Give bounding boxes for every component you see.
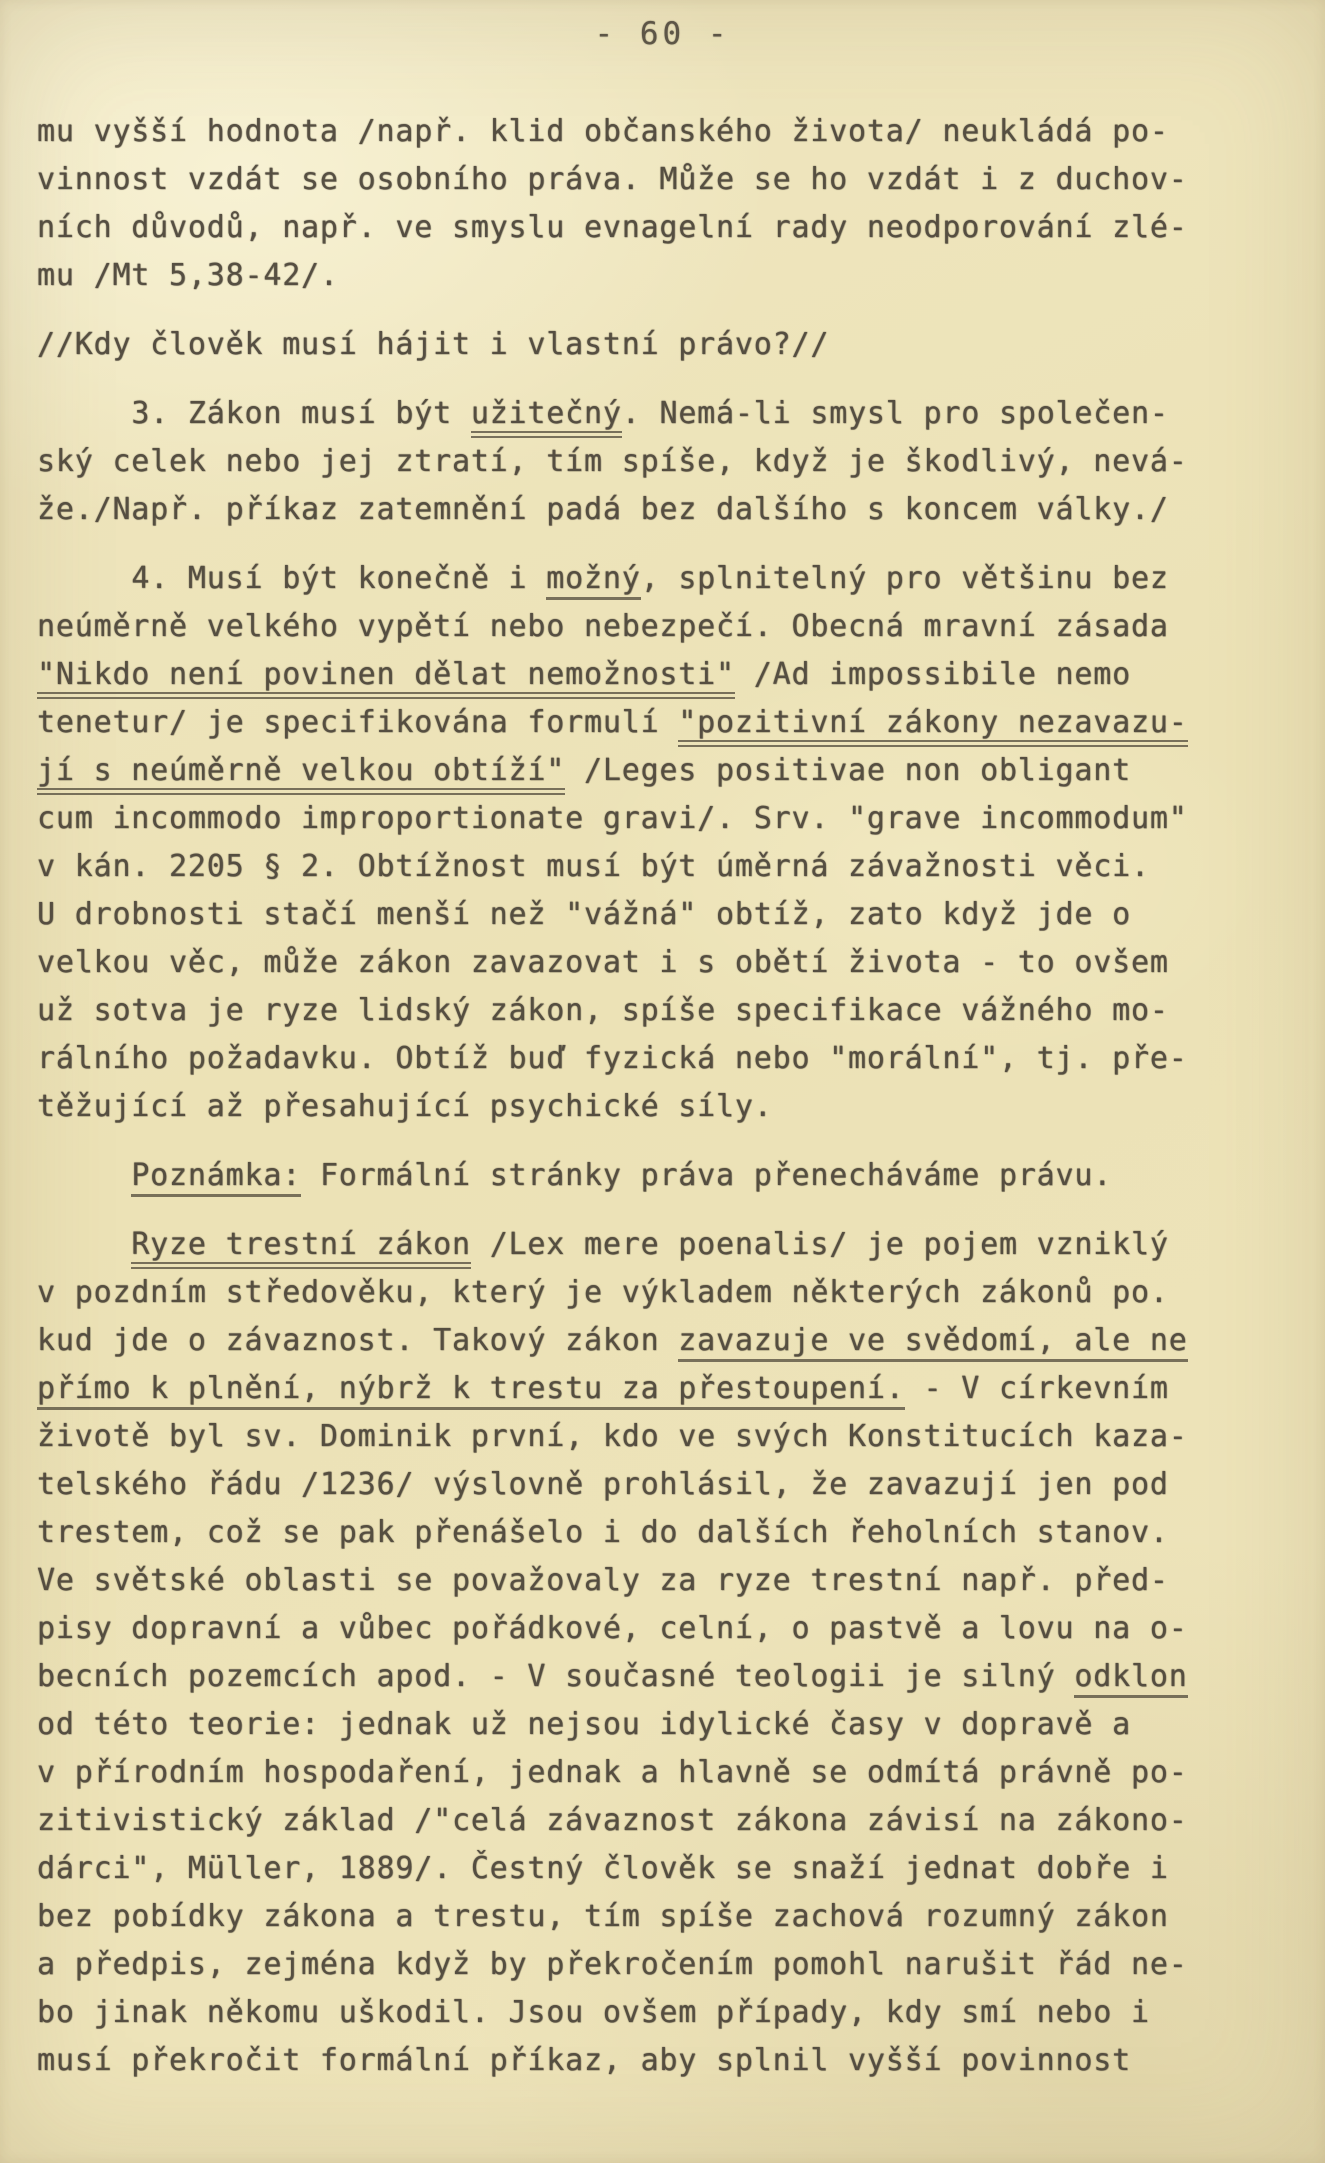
- text-line: životě byl sv. Dominik první, kdo ve svý…: [37, 1413, 1307, 1461]
- text-segment: zitivistický základ /"celá závaznost zák…: [37, 1803, 1188, 1838]
- text-segment: bo jinak někomu uškodil. Jsou ovšem příp…: [37, 1995, 1150, 2030]
- text-segment: /Lex mere poenalis/ je pojem vzniklý: [471, 1227, 1169, 1262]
- text-line: mu /Mt 5,38-42/.: [37, 252, 1307, 300]
- text-segment: ský celek nebo jej ztratí, tím spíše, kd…: [37, 444, 1188, 479]
- text-line: že./Např. příkaz zatemnění padá bez dalš…: [37, 486, 1307, 534]
- text-line: v přírodním hospodaření, jednak a hlavně…: [37, 1749, 1307, 1797]
- text-segment: v pozdním středověku, který je výkladem …: [37, 1275, 1169, 1310]
- text-segment: [37, 1158, 131, 1193]
- text-segment: trestem, což se pak přenášelo i do další…: [37, 1515, 1169, 1550]
- text-segment: tenetur/ je specifikována formulí: [37, 705, 678, 740]
- text-line: becních pozemcích apod. - V současné teo…: [37, 1653, 1307, 1701]
- page-number: - 60 -: [0, 16, 1325, 52]
- text-segment: 4. Musí být konečně i: [37, 561, 546, 596]
- text-segment: . Nemá-li smysl pro společen-: [622, 396, 1169, 431]
- text-line: kud jde o závaznost. Takový zákon zavazu…: [37, 1317, 1307, 1365]
- text-line: od této teorie: jednak už nejsou idylick…: [37, 1701, 1307, 1749]
- text-line: ních důvodů, např. ve smyslu evnagelní r…: [37, 204, 1307, 252]
- underlined-text: užitečný: [471, 396, 622, 438]
- text-line: přímo k plnění, nýbrž k trestu za přesto…: [37, 1365, 1307, 1413]
- underlined-text: Ryze trestní zákon: [131, 1227, 471, 1269]
- underlined-text: "Nikdo není povinen dělat nemožnosti": [37, 657, 735, 699]
- text-segment: v přírodním hospodaření, jednak a hlavně…: [37, 1755, 1188, 1790]
- text-segment: rálního požadavku. Obtíž buď fyzická neb…: [37, 1041, 1188, 1076]
- text-segment: [37, 1227, 131, 1262]
- text-segment: dárci", Müller, 1889/. Čestný člověk se …: [37, 1851, 1169, 1886]
- text-line: pisy dopravní a vůbec pořádkové, celní, …: [37, 1605, 1307, 1653]
- text-line: telského řádu /1236/ výslovně prohlásil,…: [37, 1461, 1307, 1509]
- document-body: mu vyšší hodnota /např. klid občanského …: [37, 108, 1307, 2085]
- underlined-text: zavazuje ve svědomí, ale ne: [678, 1323, 1187, 1362]
- text-line: 3. Zákon musí být užitečný. Nemá-li smys…: [37, 390, 1307, 438]
- text-segment: vinnost vzdát se osobního práva. Může se…: [37, 162, 1188, 197]
- text-segment: mu vyšší hodnota /např. klid občanského …: [37, 114, 1169, 149]
- text-segment: už sotva je ryze lidský zákon, spíše spe…: [37, 993, 1169, 1028]
- underlined-text: Poznámka:: [131, 1158, 301, 1197]
- text-line: zitivistický základ /"celá závaznost zák…: [37, 1797, 1307, 1845]
- text-line: v pozdním středověku, který je výkladem …: [37, 1269, 1307, 1317]
- underlined-text: "pozitivní zákony nezavazu-: [678, 705, 1187, 747]
- text-line: rálního požadavku. Obtíž buď fyzická neb…: [37, 1035, 1307, 1083]
- text-segment: ních důvodů, např. ve smyslu evnagelní r…: [37, 210, 1188, 245]
- text-segment: velkou věc, může zákon zavazovat i s obě…: [37, 945, 1169, 980]
- underlined-text: možný: [546, 561, 640, 600]
- text-line: trestem, což se pak přenášelo i do další…: [37, 1509, 1307, 1557]
- text-line: tenetur/ je specifikována formulí "pozit…: [37, 699, 1307, 747]
- text-segment: a předpis, zejména když by překročením p…: [37, 1947, 1188, 1982]
- text-segment: becních pozemcích apod. - V současné teo…: [37, 1659, 1074, 1694]
- text-segment: //Kdy člověk musí hájit i vlastní právo?…: [37, 327, 829, 362]
- text-line: bez pobídky zákona a trestu, tím spíše z…: [37, 1893, 1307, 1941]
- text-segment: v kán. 2205 § 2. Obtížnost musí být úměr…: [37, 849, 1150, 884]
- text-line: neúměrně velkého vypětí nebo nebezpečí. …: [37, 603, 1307, 651]
- text-segment: že./Např. příkaz zatemnění padá bez dalš…: [37, 492, 1169, 527]
- text-line: musí překročit formální příkaz, aby spln…: [37, 2037, 1307, 2085]
- text-segment: životě byl sv. Dominik první, kdo ve svý…: [37, 1419, 1188, 1454]
- text-line: mu vyšší hodnota /např. klid občanského …: [37, 108, 1307, 156]
- underlined-text: jí s neúměrně velkou obtíží": [37, 753, 565, 795]
- text-line: U drobnosti stačí menší než "vážná" obtí…: [37, 891, 1307, 939]
- text-segment: cum incommodo improportionate gravi/. Sr…: [37, 801, 1188, 836]
- text-line: Ve světské oblasti se považovaly za ryze…: [37, 1557, 1307, 1605]
- text-segment: neúměrně velkého vypětí nebo nebezpečí. …: [37, 609, 1169, 644]
- text-segment: těžující až přesahující psychické síly.: [37, 1089, 773, 1124]
- text-segment: /Leges positivae non obligant: [565, 753, 1131, 788]
- text-segment: kud jde o závaznost. Takový zákon: [37, 1323, 678, 1358]
- text-line: v kán. 2205 § 2. Obtížnost musí být úměr…: [37, 843, 1307, 891]
- text-segment: - V církevním: [905, 1371, 1169, 1406]
- text-line: a předpis, zejména když by překročením p…: [37, 1941, 1307, 1989]
- text-segment: Ve světské oblasti se považovaly za ryze…: [37, 1563, 1169, 1598]
- text-line: velkou věc, může zákon zavazovat i s obě…: [37, 939, 1307, 987]
- text-segment: , splnitelný pro většinu bez: [641, 561, 1169, 596]
- text-line: //Kdy člověk musí hájit i vlastní právo?…: [37, 321, 1307, 369]
- underlined-text: odklon: [1074, 1659, 1187, 1698]
- text-line: jí s neúměrně velkou obtíží" /Leges posi…: [37, 747, 1307, 795]
- text-line: těžující až přesahující psychické síly.: [37, 1083, 1307, 1131]
- text-segment: U drobnosti stačí menší než "vážná" obtí…: [37, 897, 1131, 932]
- underlined-text: přímo k plnění, nýbrž k trestu za přesto…: [37, 1371, 905, 1410]
- text-line: Ryze trestní zákon /Lex mere poenalis/ j…: [37, 1221, 1307, 1269]
- text-line: cum incommodo improportionate gravi/. Sr…: [37, 795, 1307, 843]
- text-line: 4. Musí být konečně i možný, splnitelný …: [37, 555, 1307, 603]
- text-segment: telského řádu /1236/ výslovně prohlásil,…: [37, 1467, 1169, 1502]
- text-segment: 3. Zákon musí být: [37, 396, 471, 431]
- text-line: dárci", Müller, 1889/. Čestný člověk se …: [37, 1845, 1307, 1893]
- text-line: "Nikdo není povinen dělat nemožnosti" /A…: [37, 651, 1307, 699]
- text-line: bo jinak někomu uškodil. Jsou ovšem příp…: [37, 1989, 1307, 2037]
- text-segment: Formální stránky práva přenecháváme práv…: [301, 1158, 1112, 1193]
- text-segment: bez pobídky zákona a trestu, tím spíše z…: [37, 1899, 1169, 1934]
- text-segment: mu /Mt 5,38-42/.: [37, 258, 339, 293]
- document-page: - 60 - mu vyšší hodnota /např. klid obča…: [0, 0, 1325, 2163]
- text-line: už sotva je ryze lidský zákon, spíše spe…: [37, 987, 1307, 1035]
- text-segment: pisy dopravní a vůbec pořádkové, celní, …: [37, 1611, 1188, 1646]
- text-segment: od této teorie: jednak už nejsou idylick…: [37, 1707, 1131, 1742]
- text-line: ský celek nebo jej ztratí, tím spíše, kd…: [37, 438, 1307, 486]
- text-line: Poznámka: Formální stránky práva přenech…: [37, 1152, 1307, 1200]
- text-line: vinnost vzdát se osobního práva. Může se…: [37, 156, 1307, 204]
- text-segment: musí překročit formální příkaz, aby spln…: [37, 2043, 1131, 2078]
- text-segment: /Ad impossibile nemo: [735, 657, 1131, 692]
